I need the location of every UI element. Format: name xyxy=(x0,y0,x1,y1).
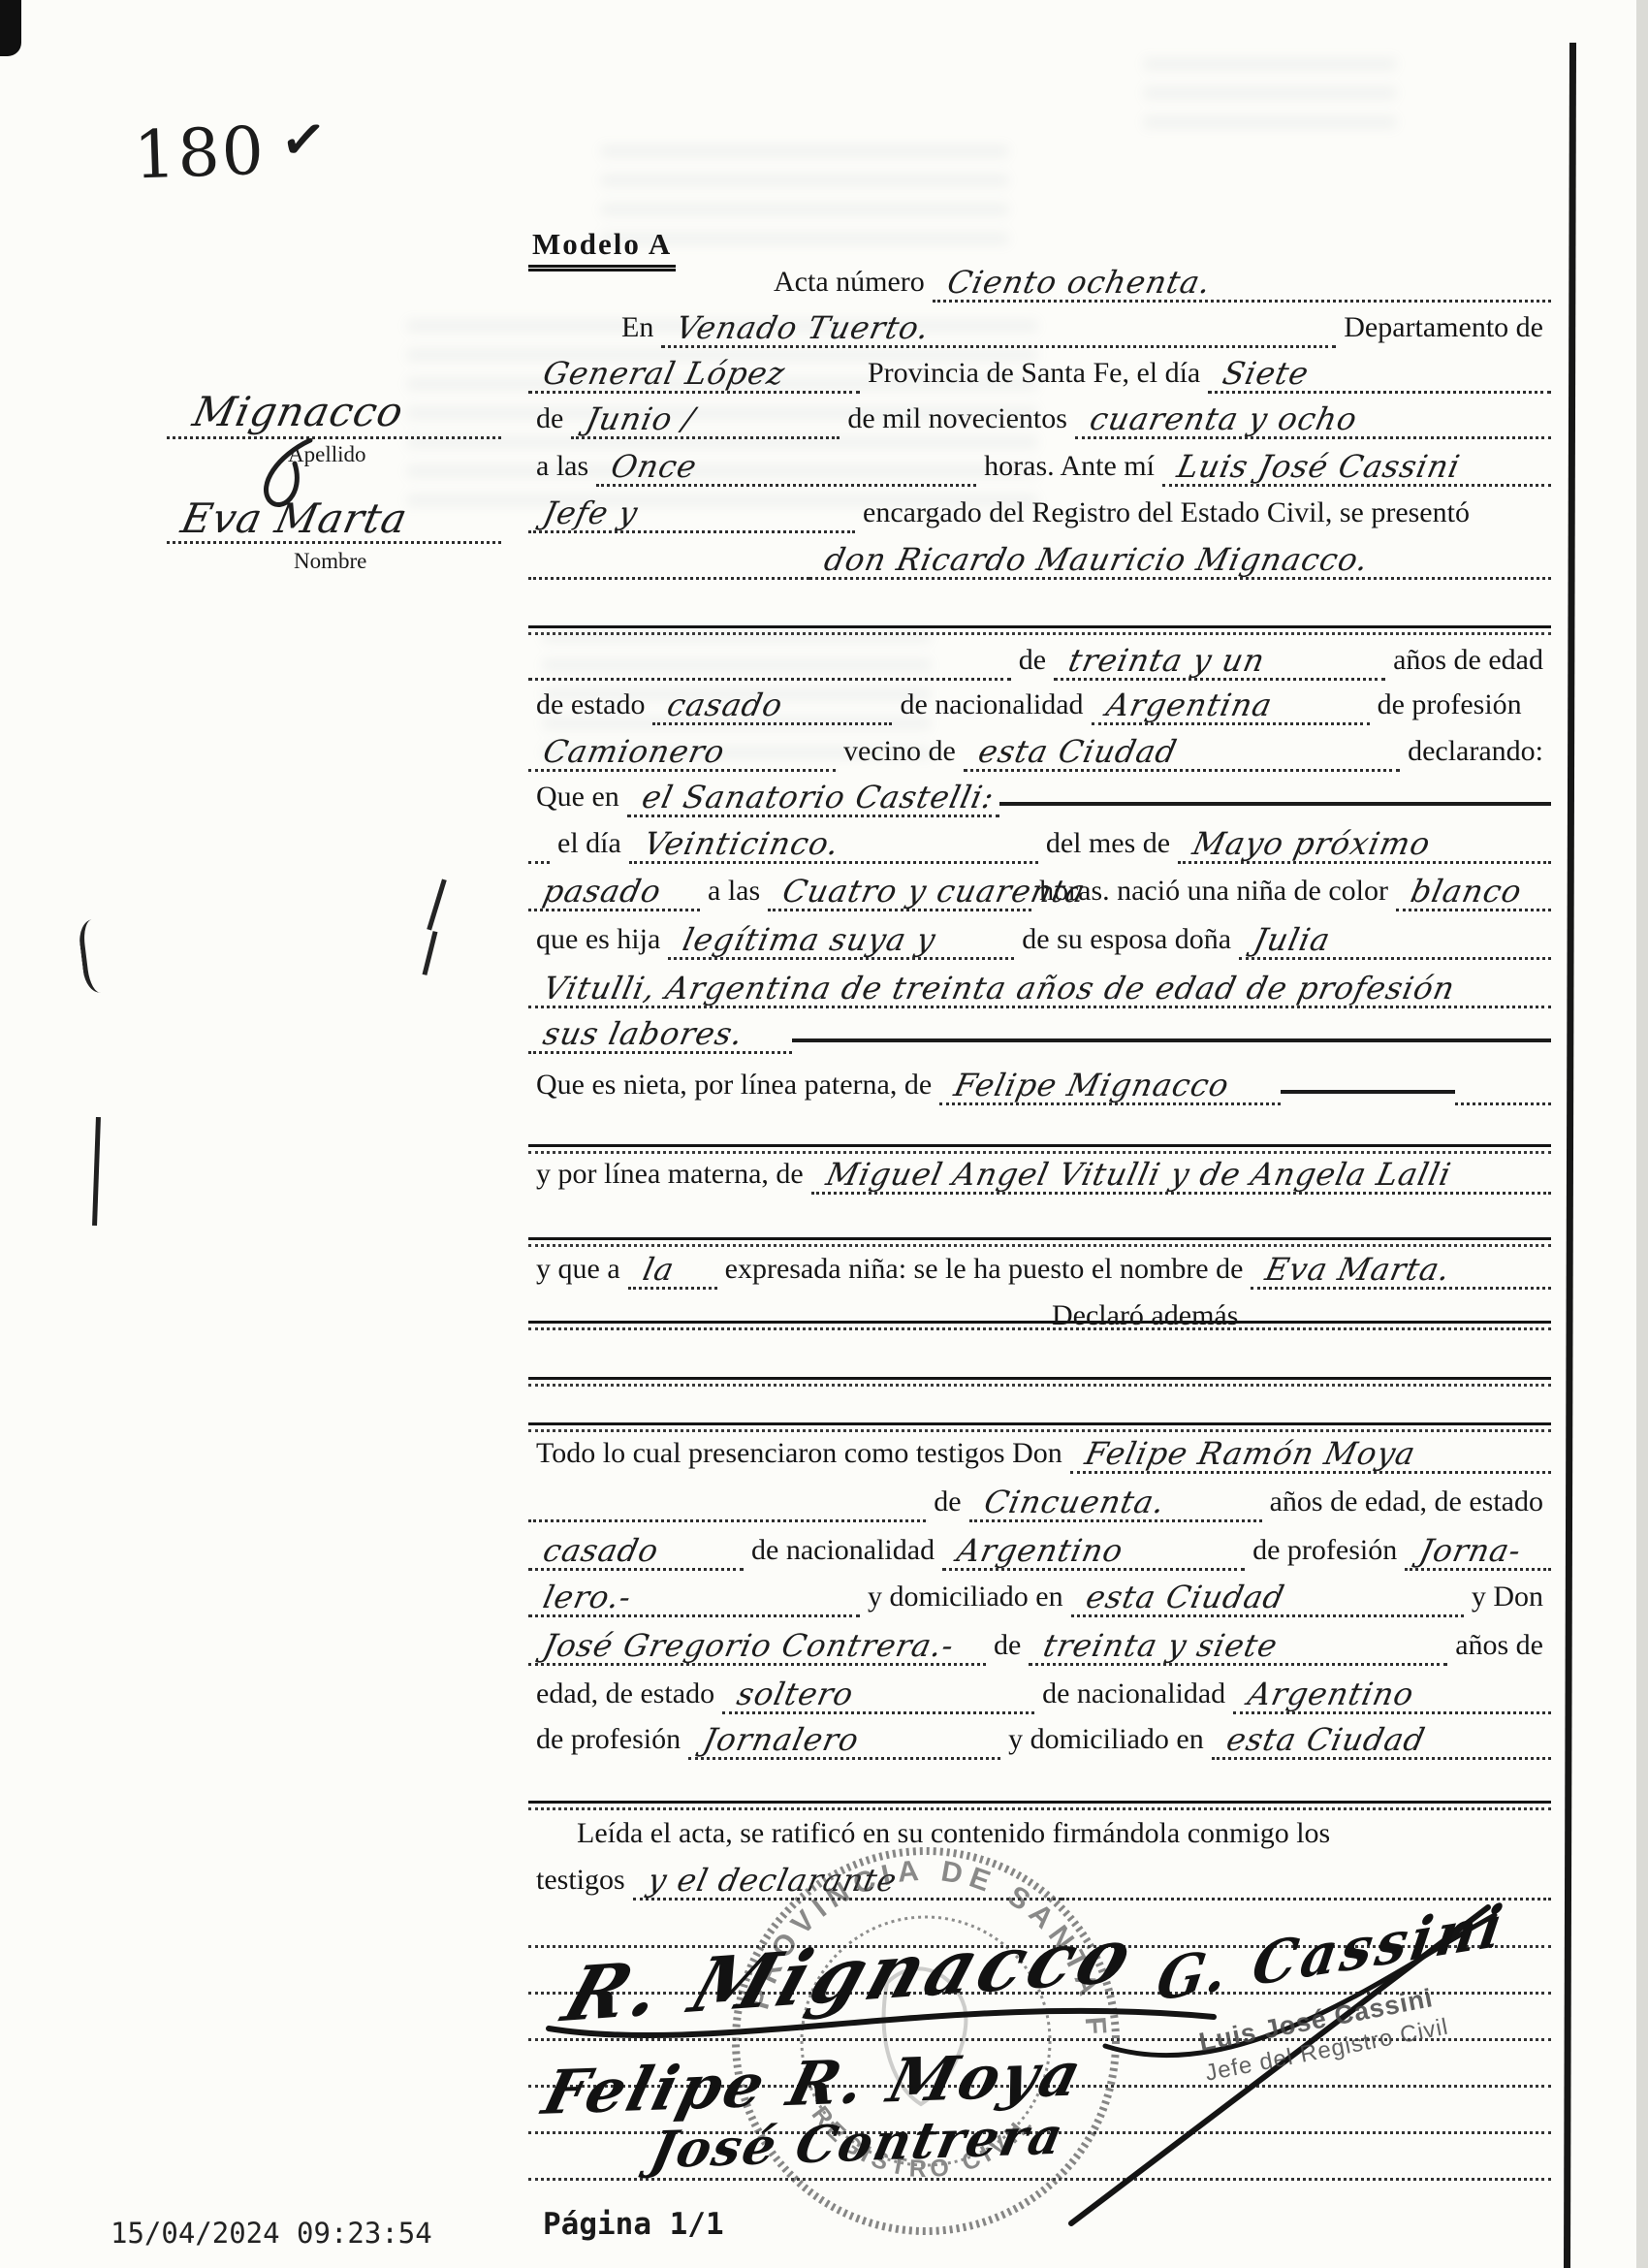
bleedthrough-artifact xyxy=(1144,58,1396,145)
printed-label: del mes de xyxy=(1038,829,1178,864)
printed-label: declarando: xyxy=(1400,737,1551,772)
form-line-acta-numero: Acta número Ciento ochenta. xyxy=(528,258,1551,303)
handwritten-entry: Argentino xyxy=(1233,1678,1551,1714)
scanned-birth-certificate: 180✓ Mignacco Apellido Eva Marta Nombre … xyxy=(0,0,1648,2268)
dotted-rule xyxy=(528,577,809,580)
printed-label: y Don xyxy=(1464,1582,1551,1617)
dotted-rule xyxy=(1455,1102,1551,1105)
form-line-hora: a las Once horas. Ante mí Luis José Cass… xyxy=(528,442,1551,487)
form-line-madre: Vitulli, Argentina de treinta años de ed… xyxy=(528,964,1551,1008)
page-number-block: 180✓ xyxy=(133,112,328,195)
handwritten-entry: Siete xyxy=(1208,358,1551,394)
form-line-dia-nacimiento: el día Veinticinco. del mes de Mayo próx… xyxy=(528,819,1551,864)
printed-label: el día xyxy=(550,829,629,864)
handwritten-entry: Felipe Ramón Moya xyxy=(1070,1438,1551,1474)
form-line-testigo1-edad: de Cincuenta. años de edad, de estado xyxy=(528,1478,1551,1522)
printed-label: Provincia de Santa Fe, el día xyxy=(860,359,1208,394)
margin-givenname-label: Nombre xyxy=(294,549,366,574)
handwritten-entry: lero.- xyxy=(528,1581,860,1617)
handwritten-entry: casado xyxy=(652,689,892,725)
handwritten-entry: Argentina xyxy=(1092,689,1370,725)
form-line-fecha: de Junio / de mil novecientos cuarenta y… xyxy=(528,395,1551,439)
printed-label: a las xyxy=(528,452,596,487)
printed-label: de profesión xyxy=(528,1725,688,1760)
handwritten-entry: Argentino xyxy=(942,1535,1245,1571)
margin-givenname-line xyxy=(167,541,501,544)
handwritten-entry: la xyxy=(628,1254,717,1290)
form-line-testigo1-datos: casado de nacionalidad Argentino de prof… xyxy=(528,1526,1551,1571)
stray-pen-mark xyxy=(427,878,447,930)
page-edge-shadow xyxy=(1636,0,1648,2268)
printed-label: Todo lo cual presenciaron como testigos … xyxy=(528,1439,1070,1474)
form-line-profesion-domicilio: Camionero vecino de esta Ciudad declaran… xyxy=(528,727,1551,772)
form-line-nombre-impuesto: y que a la expresada niña: se le ha pues… xyxy=(528,1245,1551,1290)
printed-label: Departamento de xyxy=(1336,313,1551,348)
form-line-testigo1: Todo lo cual presenciaron como testigos … xyxy=(528,1429,1551,1474)
form-line-departamento: General López Provincia de Santa Fe, el … xyxy=(528,349,1551,394)
handwritten-entry: cuarenta y ocho xyxy=(1075,403,1551,439)
printed-label: encargado del Registro del Estado Civil,… xyxy=(855,498,1477,533)
handwritten-entry: Venado Tuerto. xyxy=(661,312,1336,348)
printed-label: expresada niña: se le ha puesto el nombr… xyxy=(717,1255,1252,1290)
handwritten-entry: Camionero xyxy=(528,736,836,772)
stray-pen-mark xyxy=(77,917,115,994)
form-line-filiacion: que es hija legítima suya y de su esposa… xyxy=(528,915,1551,960)
printed-label: horas. Ante mí xyxy=(976,452,1162,487)
handwritten-entry: treinta y un xyxy=(1054,645,1385,681)
handwritten-entry: Cuatro y cuarenta xyxy=(768,876,1031,911)
form-line-lugar-nacimiento: Que en el Sanatorio Castelli: xyxy=(528,773,1551,817)
scan-corner-mark xyxy=(0,0,21,56)
printed-label: y que a xyxy=(528,1255,628,1290)
printed-label: años de edad xyxy=(1385,646,1551,681)
printed-label: de xyxy=(986,1631,1029,1666)
printed-label: y domiciliado en xyxy=(860,1582,1071,1617)
margin-surname-value: Mignacco xyxy=(194,388,403,435)
form-line-abuelos-maternos: y por línea materna, de Miguel Angel Vit… xyxy=(528,1150,1551,1195)
page-number: 180 xyxy=(133,113,267,195)
handwritten-entry: Vitulli, Argentina de treinta años de ed… xyxy=(528,973,1551,1008)
strike-rule xyxy=(528,1321,1551,1333)
printed-label: años de xyxy=(1447,1631,1551,1666)
printed-label: testigos xyxy=(528,1866,633,1901)
pen-dash xyxy=(1281,1090,1455,1094)
printed-label: años de edad, de estado xyxy=(1262,1487,1551,1522)
form-line-testigo2-profesion: de profesión Jornalero y domiciliado en … xyxy=(528,1715,1551,1760)
handwritten-entry: Jorna- xyxy=(1405,1535,1551,1571)
handwritten-entry: Julia xyxy=(1239,924,1551,960)
stray-pen-mark xyxy=(423,931,438,975)
handwritten-entry: Felipe Mignacco xyxy=(939,1070,1281,1105)
printed-label: vecino de xyxy=(836,737,964,772)
form-line-lugar: En Venado Tuerto. Departamento de xyxy=(528,303,1551,348)
pen-dash xyxy=(792,1038,1551,1042)
printed-label: de xyxy=(1011,646,1054,681)
handwritten-entry: Once xyxy=(596,451,976,487)
printed-label: de xyxy=(528,404,571,439)
form-line-testigo1-domicilio: lero.- y domiciliado en esta Ciudad y Do… xyxy=(528,1573,1551,1617)
handwritten-entry: legítima suya y xyxy=(668,924,1014,960)
pen-dash xyxy=(999,802,1551,806)
printed-label: de su esposa doña xyxy=(1014,925,1239,960)
dotted-rule xyxy=(528,861,550,864)
printed-label: de nacionalidad xyxy=(892,690,1091,725)
handwritten-entry: José Gregorio Contrera.- xyxy=(528,1630,986,1666)
printed-label: Que en xyxy=(528,783,627,817)
printed-label: que es hija xyxy=(528,925,668,960)
handwritten-entry: Veinticinco. xyxy=(629,828,1038,864)
handwritten-entry: Eva Marta. xyxy=(1251,1254,1551,1290)
handwritten-entry: Mayo próximo xyxy=(1178,828,1551,864)
printed-label: edad, de estado xyxy=(528,1679,722,1714)
handwritten-entry: General López xyxy=(528,358,860,394)
handwritten-entry: Ciento ochenta. xyxy=(933,267,1551,303)
handwritten-entry: blanco xyxy=(1396,876,1551,911)
handwritten-entry: don Ricardo Mauricio Mignacco. xyxy=(809,544,1551,580)
scan-timestamp: 15/04/2024 09:23:54 xyxy=(111,2217,432,2250)
handwritten-entry: pasado xyxy=(528,876,700,911)
printed-label: de profesión xyxy=(1245,1536,1405,1571)
handwritten-entry: Junio / xyxy=(571,403,840,439)
handwritten-entry: Luis José Cassini xyxy=(1162,451,1551,487)
printed-label: de profesión xyxy=(1370,690,1530,725)
printed-label: y por línea materna, de xyxy=(528,1160,811,1195)
handwritten-entry: el Sanatorio Castelli: xyxy=(627,782,999,817)
dotted-rule xyxy=(528,1519,926,1522)
scan-border-line xyxy=(1564,43,1576,2268)
printed-label: de estado xyxy=(528,690,652,725)
margin-surname-line xyxy=(167,436,501,439)
handwritten-entry: esta Ciudad xyxy=(1212,1724,1551,1760)
printed-label: de nacionalidad xyxy=(744,1536,942,1571)
printed-label: de xyxy=(926,1487,968,1522)
printed-label: de mil novecientos xyxy=(840,404,1075,439)
blank-rule xyxy=(528,1377,1551,1390)
handwritten-entry: sus labores. xyxy=(528,1018,792,1054)
handwritten-entry: Miguel Angel Vitulli y de Angela Lalli xyxy=(811,1159,1551,1195)
handwritten-entry: casado xyxy=(528,1535,744,1571)
page-indicator: Página 1/1 xyxy=(543,2207,724,2242)
form-line-testigo2-estado: edad, de estado soltero de nacionalidad … xyxy=(528,1670,1551,1714)
printed-label: En xyxy=(614,313,661,348)
handwritten-entry: Jefe y xyxy=(528,497,855,533)
pen-flourish xyxy=(254,438,324,516)
form-line-hora-nacimiento: pasado a las Cuatro y cuarenta horas. na… xyxy=(528,867,1551,911)
form-line-funcionario: Jefe y encargado del Registro del Estado… xyxy=(528,489,1551,533)
checkmark-icon: ✓ xyxy=(277,106,332,175)
form-line-testigo2: José Gregorio Contrera.- de treinta y si… xyxy=(528,1621,1551,1666)
form-line-declarante: don Ricardo Mauricio Mignacco. xyxy=(528,535,1551,580)
form-line-abuelo-paterno: Que es nieta, por línea paterna, de Feli… xyxy=(528,1061,1551,1105)
handwritten-entry: Jornalero xyxy=(688,1724,1000,1760)
printed-label-declaro-ademas: Declaró además xyxy=(1052,1299,1238,1332)
handwritten-entry: Cincuenta. xyxy=(969,1486,1262,1522)
form-line-edad: de treinta y un años de edad xyxy=(528,636,1551,681)
printed-label: y domiciliado en xyxy=(1000,1725,1212,1760)
handwritten-entry: esta Ciudad xyxy=(964,736,1400,772)
stray-pen-mark xyxy=(92,1117,101,1226)
handwritten-entry: esta Ciudad xyxy=(1071,1581,1464,1617)
handwritten-entry: treinta y siete xyxy=(1029,1630,1447,1666)
printed-label: Acta número xyxy=(766,268,933,303)
printed-label: a las xyxy=(700,877,768,911)
handwritten-entry: soltero xyxy=(722,1678,1034,1714)
form-line-estado-nacionalidad: de estado casado de nacionalidad Argenti… xyxy=(528,681,1551,725)
printed-label: Que es nieta, por línea paterna, de xyxy=(528,1070,939,1105)
printed-label: de nacionalidad xyxy=(1034,1679,1233,1714)
form-line-labores: sus labores. xyxy=(528,1009,1551,1054)
